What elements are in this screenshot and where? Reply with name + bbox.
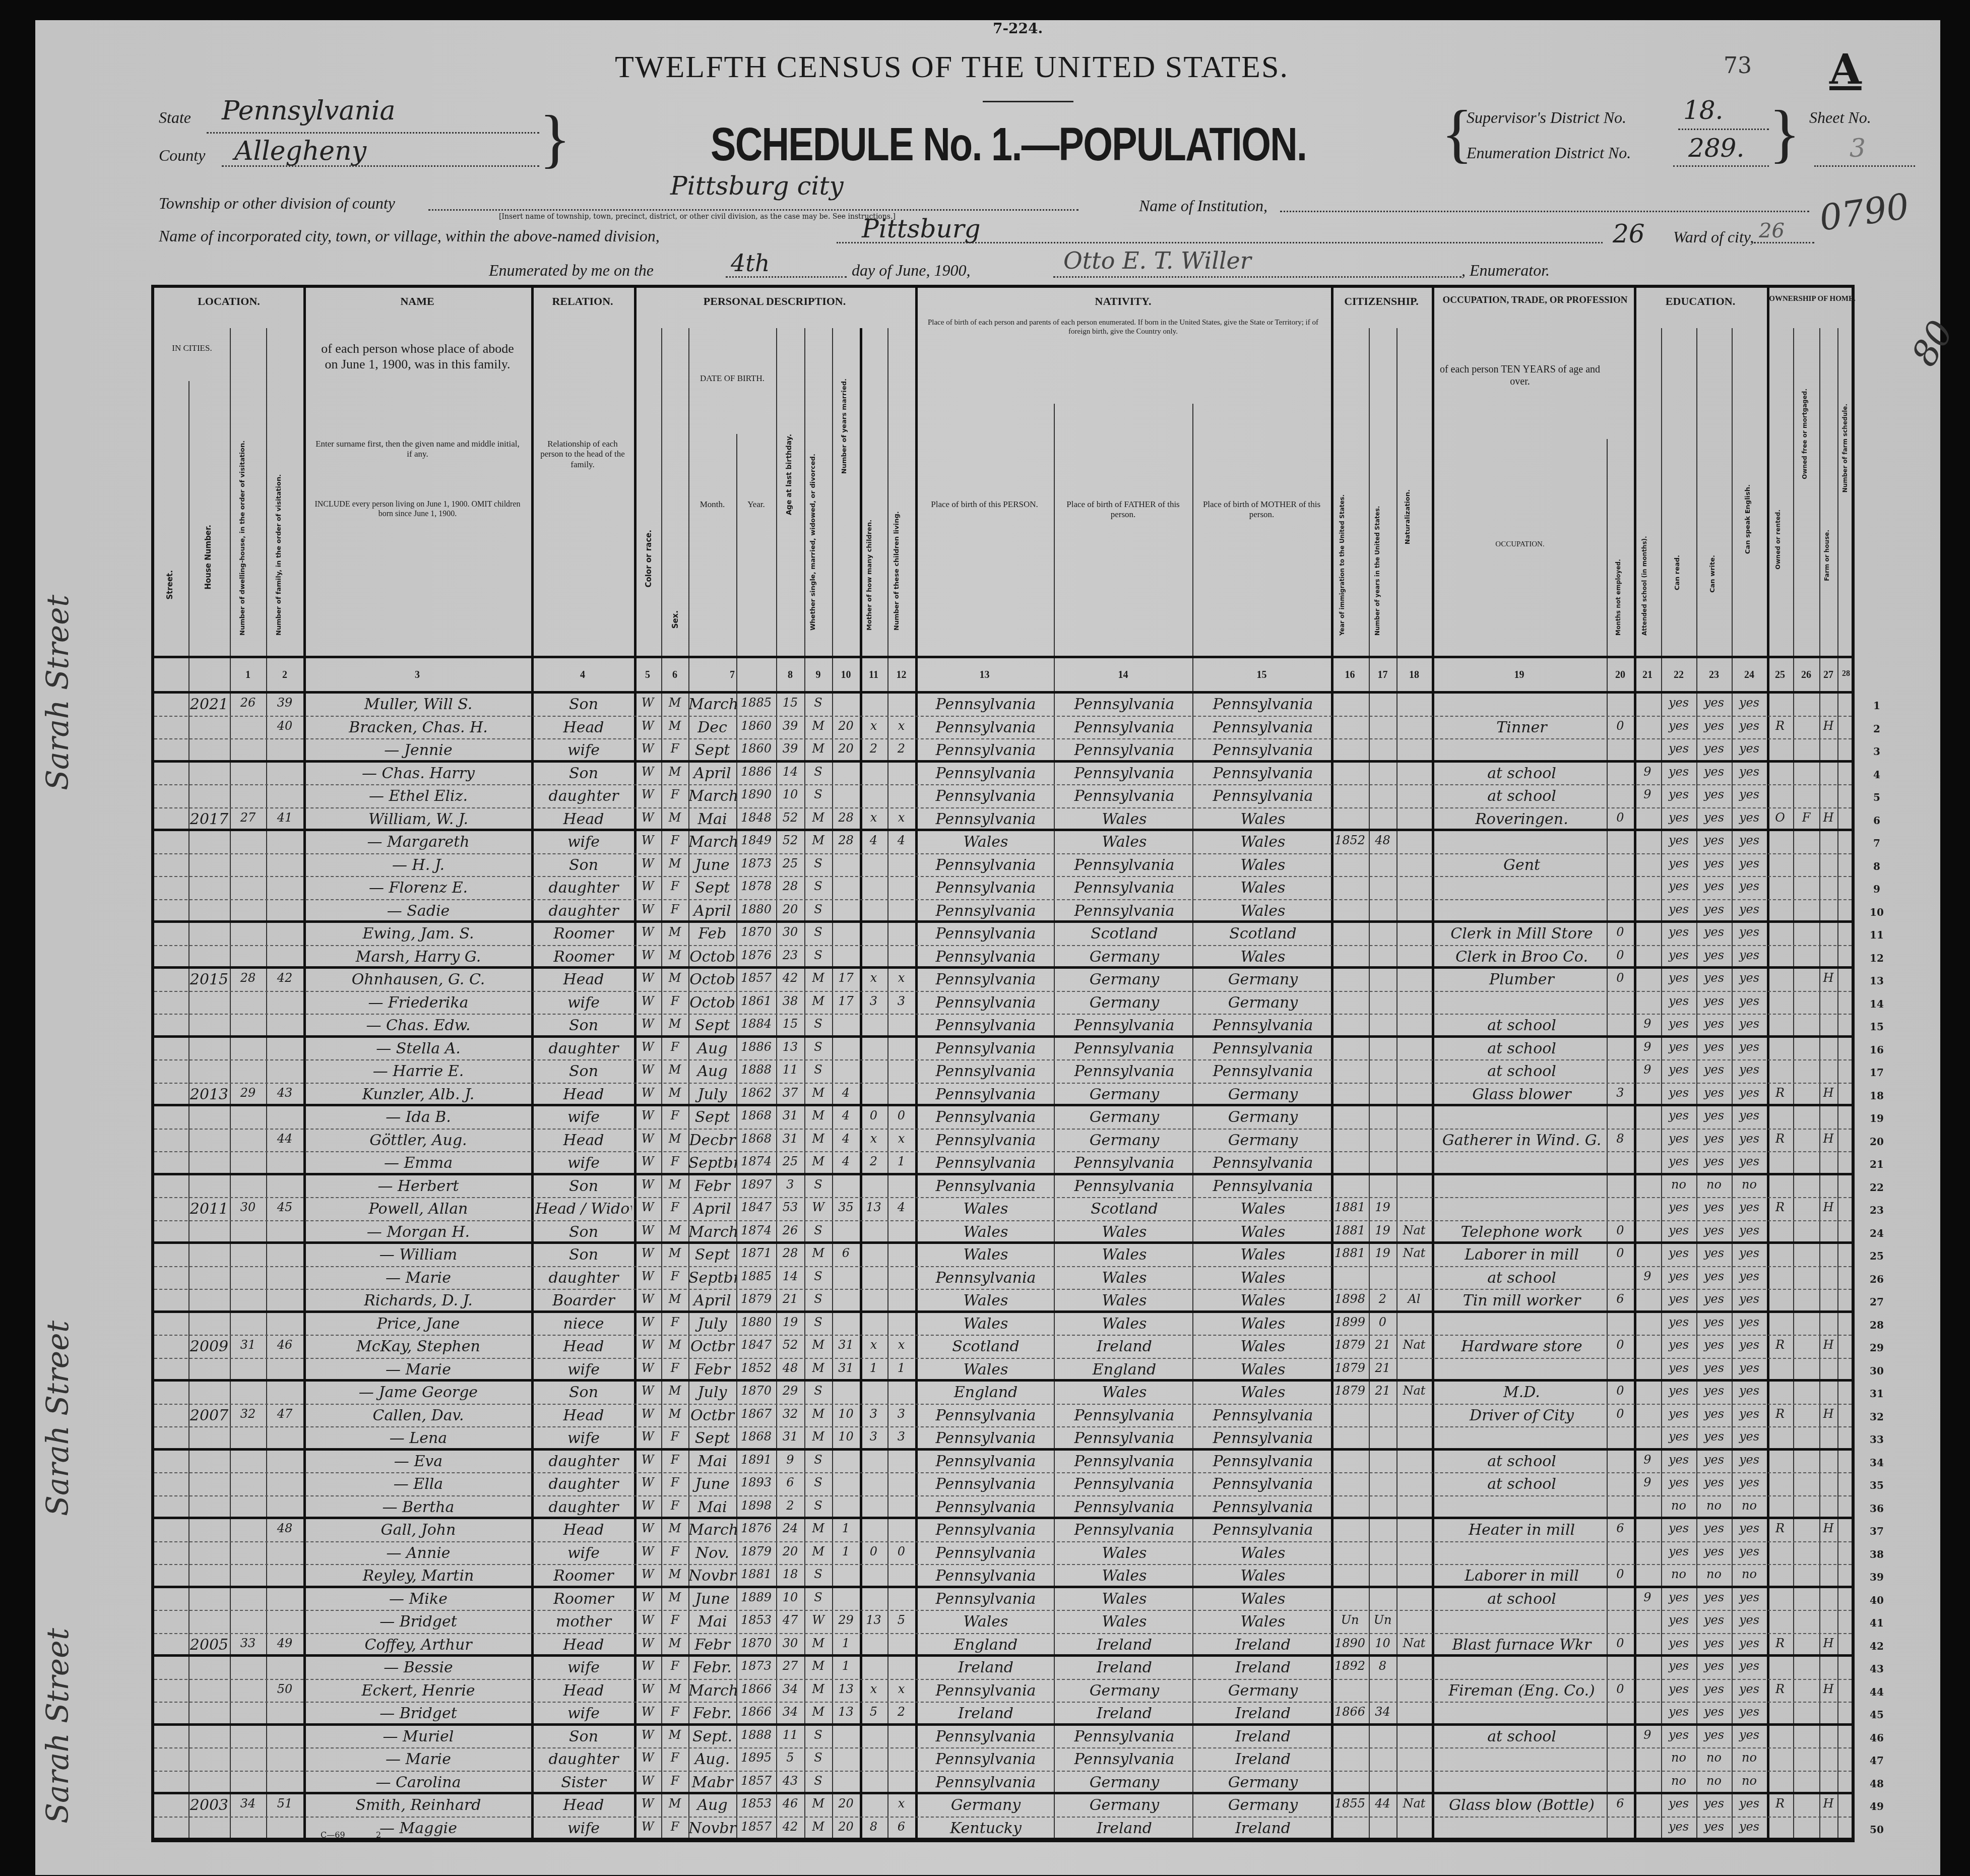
relation-cell: daughter <box>535 1750 632 1768</box>
township-label: Township or other division of county <box>159 194 395 213</box>
birthplace-mother-cell: Wales <box>1195 1315 1331 1333</box>
birthplace-mother-cell: Wales <box>1195 856 1331 874</box>
page-number: 73 <box>1724 53 1752 79</box>
can-read-cell: yes <box>1661 1361 1696 1375</box>
family-number-cell: 48 <box>266 1521 303 1535</box>
dwelling-number-cell: 34 <box>230 1796 266 1810</box>
occupation-cell: Hardware store <box>1437 1338 1607 1355</box>
children-living-cell: 3 <box>887 994 915 1008</box>
age-cell: 39 <box>776 719 804 733</box>
relation-cell: daughter <box>535 1269 632 1287</box>
owned-rented-cell: R <box>1767 1407 1793 1421</box>
birth-year-cell: 1876 <box>736 1521 776 1535</box>
age-cell: 30 <box>776 925 804 939</box>
children-living-cell: x <box>887 971 915 985</box>
birth-month-cell: Octob <box>688 994 736 1012</box>
can-speak-english-cell: yes <box>1732 925 1767 939</box>
can-write-cell: yes <box>1696 1338 1732 1352</box>
enumerated-day: 4th <box>731 249 770 277</box>
marital-status-cell: S <box>804 948 832 962</box>
can-read-cell: yes <box>1661 879 1696 893</box>
line-number: 1 <box>1867 700 1887 712</box>
birthplace-father-cell: Pennsylvania <box>1056 1750 1192 1768</box>
birthplace-mother-cell: Ireland <box>1195 1728 1331 1745</box>
page-letter: A <box>1829 45 1862 94</box>
relation-cell: wife <box>535 1659 632 1676</box>
family-number-cell: 43 <box>266 1086 303 1100</box>
name-include: INCLUDE every person living on June 1, 1… <box>313 499 522 519</box>
birthplace-mother-cell: Pennsylvania <box>1195 1177 1331 1195</box>
birthplace-mother-cell: Wales <box>1195 1338 1331 1355</box>
marital-status-cell: M <box>804 1521 832 1535</box>
group-personal: PERSONAL DESCRIPTION. <box>634 295 915 308</box>
years-married-cell: 10 <box>832 1429 860 1444</box>
birthplace-mother-cell: Pennsylvania <box>1195 1062 1331 1080</box>
can-read-cell: yes <box>1661 1544 1696 1558</box>
group-citizenship: CITIZENSHIP. <box>1331 295 1432 308</box>
age-cell: 23 <box>776 948 804 962</box>
marital-status-cell: W <box>804 1200 832 1214</box>
table-row: 4— Chas. HarrySonWMApril188614SPennsylva… <box>154 763 1852 786</box>
years-married-cell: 20 <box>832 1796 860 1810</box>
birth-mother-header: Place of birth of MOTHER of this person. <box>1195 499 1328 520</box>
sex-cell: M <box>661 1567 688 1581</box>
person-name-cell: Eckert, Henrie <box>307 1682 529 1700</box>
margin-note-right: 80 <box>1903 314 1962 373</box>
line-number: 19 <box>1867 1112 1887 1124</box>
occupation-cell: Glass blow (Bottle) <box>1437 1796 1607 1814</box>
occupation-cell: at school <box>1437 1590 1607 1608</box>
colnum: 7 <box>688 669 776 681</box>
birth-year-cell: 1881 <box>736 1567 776 1581</box>
colnum: 20 <box>1607 669 1634 681</box>
birthplace-father-cell: Scotland <box>1056 925 1192 943</box>
can-write-cell: yes <box>1696 1315 1732 1329</box>
sex-cell: M <box>661 925 688 939</box>
table-row: 2920093146McKay, StephenHeadWMOctbr18475… <box>154 1336 1852 1359</box>
months-unemployed-cell: 0 <box>1607 1567 1634 1581</box>
mother-of-header: Mother of how many children. <box>866 379 873 631</box>
mother-of-cell: x <box>860 1132 887 1146</box>
birth-year-cell: 1878 <box>736 879 776 893</box>
birth-month-cell: Mai <box>688 1453 736 1470</box>
birthplace-person-cell: Pennsylvania <box>918 1086 1054 1103</box>
birthplace-mother-cell: Wales <box>1195 1223 1331 1241</box>
birth-year-cell: 1857 <box>736 1774 776 1788</box>
months-unemployed-cell: 0 <box>1607 810 1634 825</box>
can-read-cell: yes <box>1661 1453 1696 1467</box>
birth-year-cell: 1890 <box>736 787 776 801</box>
line-number: 27 <box>1867 1296 1887 1308</box>
birthplace-father-cell: Wales <box>1056 1613 1192 1631</box>
can-read-cell: yes <box>1661 787 1696 801</box>
birthplace-father-cell: Pennsylvania <box>1056 1154 1192 1172</box>
birth-month-cell: Sept <box>688 1108 736 1126</box>
house-number-cell: 2015 <box>188 971 230 988</box>
city-line <box>837 242 1603 243</box>
can-speak-english-cell: yes <box>1732 1590 1767 1604</box>
naturalization-cell: Al <box>1396 1292 1432 1306</box>
birthplace-person-cell: Wales <box>918 1361 1054 1379</box>
birthplace-mother-cell: Pennsylvania <box>1195 787 1331 805</box>
line-number: 20 <box>1867 1136 1887 1148</box>
birthplace-father-cell: Germany <box>1056 1774 1192 1791</box>
supervisor-line <box>1678 129 1769 130</box>
marital-status-cell: M <box>804 1796 832 1810</box>
birthplace-father-cell: Pennsylvania <box>1056 902 1192 920</box>
state-value: Pennsylvania <box>222 96 396 126</box>
birth-month-cell: Octbr <box>688 1338 736 1355</box>
relation-cell: Son <box>535 1384 632 1401</box>
immigration-header: Year of immigration to the United States… <box>1339 389 1346 636</box>
dwelling-number-cell: 32 <box>230 1407 266 1421</box>
birthplace-person-cell: Pennsylvania <box>918 1567 1054 1585</box>
birth-year-cell: 1868 <box>736 1429 776 1444</box>
birthplace-mother-cell: Germany <box>1195 1108 1331 1126</box>
farm-or-house-cell: H <box>1819 971 1837 985</box>
occupation-cell: at school <box>1437 1728 1607 1745</box>
line-number: 42 <box>1867 1640 1887 1652</box>
township-value: Pittsburg city <box>670 171 844 201</box>
attended-school-cell: 9 <box>1634 1475 1661 1489</box>
dob-header: DATE OF BIRTH. <box>688 373 776 384</box>
state-label: State <box>159 108 191 127</box>
can-speak-english-cell: yes <box>1732 1544 1767 1558</box>
birthplace-mother-cell: Pennsylvania <box>1195 719 1331 736</box>
age-cell: 31 <box>776 1429 804 1444</box>
birthplace-person-cell: Scotland <box>918 1338 1054 1355</box>
table-row: 31— Jame GeorgeSonWMJuly187029SEnglandWa… <box>154 1382 1852 1405</box>
table-row: 28Price, JanenieceWFJuly188019SWalesWale… <box>154 1313 1852 1336</box>
birth-month-cell: Octob <box>688 971 736 988</box>
person-name-cell: — Florenz E. <box>307 879 529 897</box>
relation-cell: Son <box>535 1062 632 1080</box>
relation-cell: Roomer <box>535 948 632 966</box>
table-row: 24— Morgan H.SonWMMarch187426SWalesWales… <box>154 1221 1852 1244</box>
ward-label: Ward of city, <box>1673 228 1754 246</box>
birth-year-cell: 1870 <box>736 1636 776 1650</box>
relation-cell: daughter <box>535 879 632 897</box>
birth-month-cell: Novbr <box>688 1820 736 1837</box>
line-number: 40 <box>1867 1594 1887 1606</box>
can-write-cell: yes <box>1696 1292 1732 1306</box>
can-write-cell: no <box>1696 1774 1732 1788</box>
immigration-year-cell: 1881 <box>1331 1200 1369 1214</box>
children-living-cell: 5 <box>887 1613 915 1627</box>
age-cell: 42 <box>776 971 804 985</box>
birthplace-father-cell: Pennsylvania <box>1056 1062 1192 1080</box>
birth-month-cell: Febr <box>688 1636 736 1654</box>
birth-year-cell: 1891 <box>736 1453 776 1467</box>
can-write-cell: yes <box>1696 719 1732 733</box>
color-cell: W <box>634 948 661 962</box>
farm-or-house-cell: H <box>1819 1407 1837 1421</box>
table-row: 36— BerthadaughterWFMai18982SPennsylvani… <box>154 1496 1852 1520</box>
months-unemployed-cell: 0 <box>1607 1338 1634 1352</box>
can-speak-english-cell: yes <box>1732 1475 1767 1489</box>
colnum: 17 <box>1369 669 1396 681</box>
occupation-cell: Gatherer in Wind. G. <box>1437 1132 1607 1149</box>
birth-month-cell: June <box>688 1590 736 1608</box>
years-in-us-header: Number of years in the United States. <box>1374 389 1381 636</box>
birth-year-cell: 1873 <box>736 1659 776 1673</box>
color-cell: W <box>634 856 661 870</box>
age-cell: 11 <box>776 1728 804 1742</box>
birthplace-father-cell: Germany <box>1056 1682 1192 1700</box>
sex-cell: M <box>661 1796 688 1810</box>
can-read-cell: yes <box>1661 1613 1696 1627</box>
months-unemployed-cell: 0 <box>1607 948 1634 962</box>
can-read-cell: yes <box>1661 1017 1696 1031</box>
birthplace-person-cell: Pennsylvania <box>918 1132 1054 1149</box>
age-cell: 38 <box>776 994 804 1008</box>
sex-cell: F <box>661 1429 688 1444</box>
color-cell: W <box>634 1521 661 1535</box>
can-read-cell: yes <box>1661 719 1696 733</box>
years-in-us-cell: 34 <box>1369 1705 1396 1719</box>
can-speak-english-cell: yes <box>1732 1269 1767 1283</box>
birthplace-father-cell: Pennsylvania <box>1056 1407 1192 1424</box>
relation-cell: Son <box>535 1017 632 1034</box>
marital-status-cell: S <box>804 1498 832 1513</box>
birthplace-father-cell: Ireland <box>1056 1659 1192 1676</box>
sex-cell: M <box>661 1086 688 1100</box>
years-married-cell: 4 <box>832 1154 860 1168</box>
birth-month-cell: Mai <box>688 810 736 828</box>
can-read-cell: yes <box>1661 1796 1696 1810</box>
sex-cell: F <box>661 1750 688 1765</box>
colnum: 16 <box>1331 669 1369 681</box>
sex-cell: F <box>661 1108 688 1122</box>
birthplace-father-cell: Pennsylvania <box>1056 1728 1192 1745</box>
street-label-2: Sarah Street <box>40 1321 76 1516</box>
can-read-cell: yes <box>1661 1108 1696 1122</box>
table-row: 22— HerbertSonWMFebr18973SPennsylvaniaPe… <box>154 1175 1852 1199</box>
can-speak-english-cell: yes <box>1732 1705 1767 1719</box>
relation-cell: Head <box>535 971 632 988</box>
group-education: EDUCATION. <box>1634 295 1767 308</box>
birthplace-father-cell: Pennsylvania <box>1056 1498 1192 1516</box>
age-cell: 28 <box>776 1246 804 1260</box>
relation-cell: Head <box>535 719 632 736</box>
marital-status-cell: M <box>804 833 832 847</box>
birth-month-cell: April <box>688 765 736 782</box>
age-cell: 14 <box>776 765 804 779</box>
years-married-cell: 28 <box>832 833 860 847</box>
birthplace-father-cell: Germany <box>1056 948 1192 966</box>
owned-free-cell: F <box>1793 810 1819 825</box>
immigration-year-cell: 1879 <box>1331 1361 1369 1375</box>
can-write-cell: yes <box>1696 1361 1732 1375</box>
birthplace-father-cell: Wales <box>1056 1567 1192 1585</box>
months-unemployed-cell: 0 <box>1607 1682 1634 1696</box>
table-row: 1320152842Ohnhausen, G. C.HeadWMOctob185… <box>154 969 1852 992</box>
family-number-cell: 42 <box>266 971 303 985</box>
can-read-cell: yes <box>1661 741 1696 756</box>
can-speak-english-cell: no <box>1732 1774 1767 1788</box>
birthplace-father-cell: Germany <box>1056 994 1192 1012</box>
birthplace-mother-cell: Germany <box>1195 971 1331 988</box>
years-in-us-cell: 48 <box>1369 833 1396 847</box>
farm-or-house-cell: H <box>1819 1796 1837 1810</box>
person-name-cell: — Lena <box>307 1429 529 1447</box>
birthplace-mother-cell: Wales <box>1195 833 1331 851</box>
birthplace-mother-cell: Pennsylvania <box>1195 765 1331 782</box>
birth-year-cell: 1898 <box>736 1498 776 1513</box>
dwelling-number-cell: 33 <box>230 1636 266 1650</box>
occupation-cell: Roveringen. <box>1437 810 1607 828</box>
colnum: 13 <box>915 669 1054 681</box>
ward-value: 26 <box>1759 219 1785 242</box>
birthplace-mother-cell: Pennsylvania <box>1195 1154 1331 1172</box>
day-line <box>726 276 847 278</box>
can-speak-english-cell: yes <box>1732 971 1767 985</box>
line-number: 9 <box>1867 883 1887 895</box>
line-number: 44 <box>1867 1686 1887 1698</box>
naturalization-cell: Nat <box>1396 1636 1432 1650</box>
age-cell: 31 <box>776 1108 804 1122</box>
farm-or-house-cell: H <box>1819 810 1837 825</box>
can-write-cell: yes <box>1696 765 1732 779</box>
can-speak-english-cell: yes <box>1732 1200 1767 1214</box>
age-cell: 42 <box>776 1820 804 1834</box>
children-living-cell: x <box>887 1682 915 1696</box>
months-unemployed-cell: 0 <box>1607 1223 1634 1237</box>
colnum: 9 <box>804 669 832 681</box>
line-number: 17 <box>1867 1067 1887 1079</box>
sex-cell: M <box>661 1177 688 1192</box>
can-read-cell: yes <box>1661 948 1696 962</box>
line-number: 39 <box>1867 1571 1887 1583</box>
table-row: 40— MikeRoomerWMJune188910SPennsylvaniaW… <box>154 1588 1852 1611</box>
line-number: 10 <box>1867 906 1887 918</box>
state-line <box>207 132 539 134</box>
color-cell: W <box>634 1384 661 1398</box>
can-speak-english-header: Can speak English. <box>1744 484 1752 554</box>
age-cell: 13 <box>776 1040 804 1054</box>
owned-rented-cell: O <box>1767 810 1793 825</box>
can-speak-english-cell: yes <box>1732 1728 1767 1742</box>
owned-rented-cell: R <box>1767 1086 1793 1100</box>
sheet-line <box>1814 165 1915 167</box>
marital-status-cell: S <box>804 1590 832 1604</box>
dwelling-header: Number of dwelling-house, in the order o… <box>239 414 246 636</box>
children-living-header: Number of these children living. <box>893 379 901 631</box>
birthplace-mother-cell: Germany <box>1195 1086 1331 1103</box>
line-number: 37 <box>1867 1525 1887 1537</box>
sex-cell: M <box>661 1292 688 1306</box>
birth-year-cell: 1853 <box>736 1796 776 1810</box>
sex-cell: F <box>661 1154 688 1168</box>
farm-schedule-header: Number of farm schedule. <box>1841 404 1849 492</box>
birth-year-cell: 1897 <box>736 1177 776 1192</box>
can-write-header: Can write. <box>1709 555 1717 593</box>
colnum: 10 <box>832 669 860 681</box>
birth-month-cell: Febr <box>688 1361 736 1379</box>
birthplace-father-cell: Pennsylvania <box>1056 1521 1192 1539</box>
age-cell: 37 <box>776 1086 804 1100</box>
age-cell: 15 <box>776 1017 804 1031</box>
attended-school-cell: 9 <box>1634 1017 1661 1031</box>
birthplace-mother-cell: Pennsylvania <box>1195 741 1331 759</box>
can-read-cell: yes <box>1661 1521 1696 1535</box>
birthplace-mother-cell: Wales <box>1195 1544 1331 1562</box>
can-write-cell: yes <box>1696 696 1732 710</box>
sex-cell: F <box>661 1820 688 1834</box>
sex-cell: M <box>661 1682 688 1696</box>
sex-cell: M <box>661 1223 688 1237</box>
marital-status-cell: M <box>804 719 832 733</box>
can-write-cell: yes <box>1696 1246 1732 1260</box>
family-number-cell: 49 <box>266 1636 303 1650</box>
marital-status-cell: M <box>804 1108 832 1122</box>
birth-year-cell: 1847 <box>736 1338 776 1352</box>
years-married-cell: 20 <box>832 1820 860 1834</box>
birth-person-header: Place of birth of this PERSON. <box>918 499 1051 510</box>
can-read-cell: no <box>1661 1567 1696 1581</box>
relation-cell: daughter <box>535 1475 632 1493</box>
can-speak-english-cell: yes <box>1732 1613 1767 1627</box>
years-in-us-cell: 2 <box>1369 1292 1396 1306</box>
marital-status-cell: M <box>804 1338 832 1352</box>
marital-status-cell: M <box>804 1407 832 1421</box>
can-read-cell: yes <box>1661 1407 1696 1421</box>
relation-cell: Head <box>535 1338 632 1355</box>
colnum: 18 <box>1396 669 1432 681</box>
birth-year-cell: 1889 <box>736 1590 776 1604</box>
city-value: Pittsburg <box>862 214 981 243</box>
can-speak-english-cell: yes <box>1732 1086 1767 1100</box>
birth-month-cell: Sept <box>688 879 736 897</box>
can-write-cell: yes <box>1696 1475 1732 1489</box>
sex-cell: M <box>661 1384 688 1398</box>
immigration-year-cell: 1855 <box>1331 1796 1369 1810</box>
occupation-cell: Clerk in Mill Store <box>1437 925 1607 943</box>
can-read-cell: yes <box>1661 1154 1696 1168</box>
mother-of-cell: x <box>860 1338 887 1352</box>
sex-cell: M <box>661 810 688 825</box>
house-number-cell: 2009 <box>188 1338 230 1355</box>
color-cell: W <box>634 810 661 825</box>
birthplace-mother-cell: Wales <box>1195 1269 1331 1287</box>
colnum: 4 <box>531 669 634 681</box>
birthplace-father-cell: Wales <box>1056 1269 1192 1287</box>
birthplace-mother-cell: Pennsylvania <box>1195 696 1331 713</box>
schedule-title: SCHEDULE No. 1.—POPULATION. <box>711 118 1306 171</box>
occupation-cell: at school <box>1437 1269 1607 1287</box>
family-number-cell: 41 <box>266 810 303 825</box>
sex-cell: F <box>661 1040 688 1054</box>
birthplace-father-cell: Ireland <box>1056 1636 1192 1654</box>
occupation-header: OCCUPATION. <box>1437 540 1603 549</box>
occupation-cell: Driver of City <box>1437 1407 1607 1424</box>
can-read-cell: yes <box>1661 833 1696 847</box>
supervisor-district: 18. <box>1683 96 1724 125</box>
name-desc: of each person whose place of abode on J… <box>313 341 522 372</box>
birthplace-person-cell: Wales <box>918 1292 1054 1309</box>
months-unemployed-cell: 0 <box>1607 1636 1634 1650</box>
mother-of-cell: 5 <box>860 1705 887 1719</box>
birth-year-cell: 1866 <box>736 1705 776 1719</box>
occupation-cell: Telephone work <box>1437 1223 1607 1241</box>
table-row: 11Ewing, Jam. S.RoomerWMFeb187030SPennsy… <box>154 923 1852 946</box>
family-number-cell: 46 <box>266 1338 303 1352</box>
person-name-cell: Powell, Allan <box>307 1200 529 1218</box>
birthplace-person-cell: Wales <box>918 1200 1054 1218</box>
relation-cell: Son <box>535 1223 632 1241</box>
birth-month-cell: Sept. <box>688 1728 736 1745</box>
birth-father-header: Place of birth of FATHER of this person. <box>1056 499 1190 520</box>
